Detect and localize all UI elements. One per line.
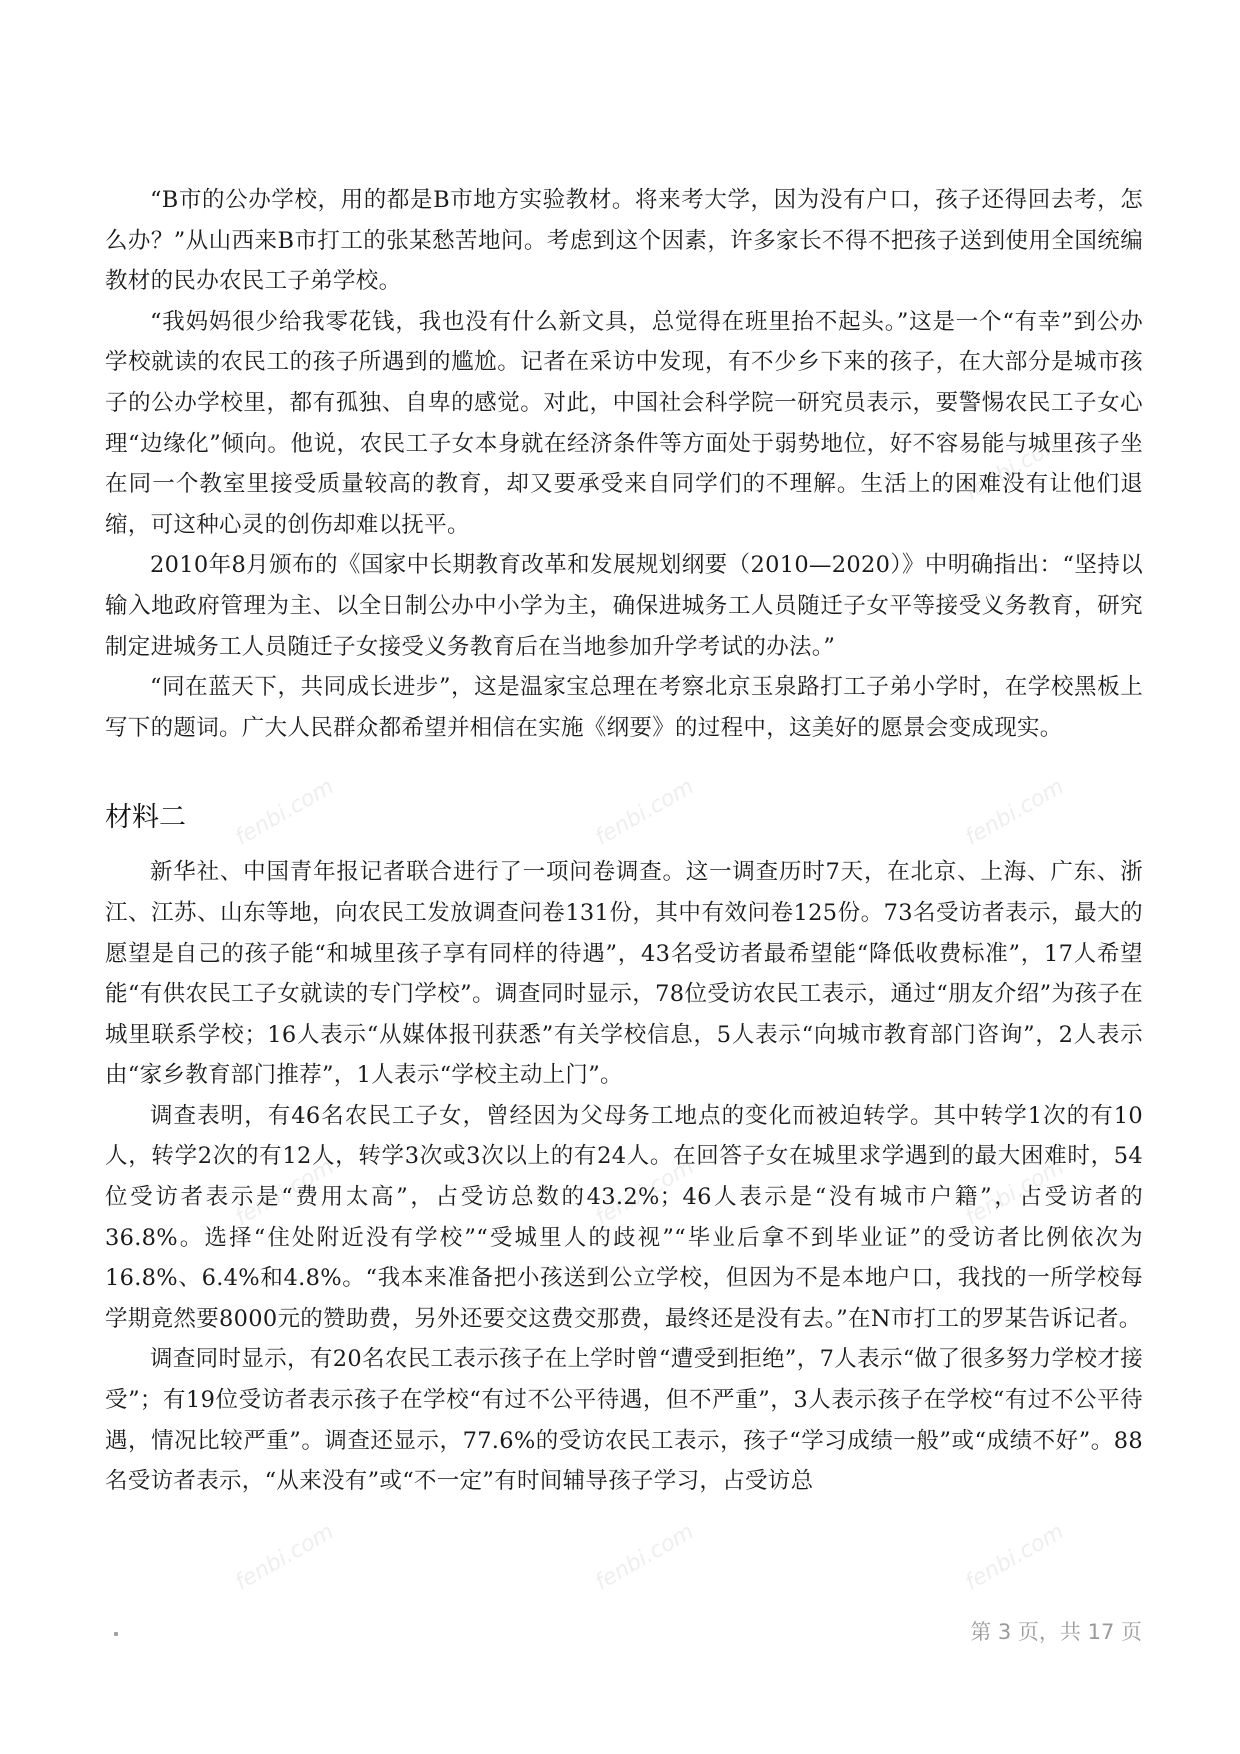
paragraph: 新华社、中国青年报记者联合进行了一项问卷调查。这一调查历时7天，在北京、上海、广… bbox=[105, 852, 1143, 1096]
paragraph: “同在蓝天下，共同成长进步”，这是温家宝总理在考察北京玉泉路打工子弟小学时，在学… bbox=[105, 667, 1143, 748]
page-number: 第 3 页，共 17 页 bbox=[970, 1616, 1142, 1646]
document-body: “B市的公办学校，用的都是B市地方实验教材。将来考大学，因为没有户口，孩子还得回… bbox=[105, 180, 1143, 1502]
watermark: fenbi.com bbox=[231, 1519, 338, 1595]
footer-dot bbox=[114, 1632, 118, 1636]
paragraph: “B市的公办学校，用的都是B市地方实验教材。将来考大学，因为没有户口，孩子还得回… bbox=[105, 180, 1143, 302]
section-heading: 材料二 bbox=[105, 798, 1143, 838]
document-page: fenbi.com fenbi.com fenbi.com fenbi.com … bbox=[0, 0, 1240, 1754]
paragraph: “我妈妈很少给我零花钱，我也没有什么新文具，总觉得在班里抬不起头。”这是一个“有… bbox=[105, 302, 1143, 546]
paragraph: 调查同时显示，有20名农民工表示孩子在上学时曾“遭受到拒绝”，7人表示“做了很多… bbox=[105, 1339, 1143, 1501]
watermark: fenbi.com bbox=[591, 1519, 698, 1595]
watermark: fenbi.com bbox=[961, 1519, 1068, 1595]
paragraph: 2010年8月颁布的《国家中长期教育改革和发展规划纲要（2010—2020）》中… bbox=[105, 545, 1143, 667]
paragraph: 调查表明，有46名农民工子女，曾经因为父母务工地点的变化而被迫转学。其中转学1次… bbox=[105, 1096, 1143, 1340]
